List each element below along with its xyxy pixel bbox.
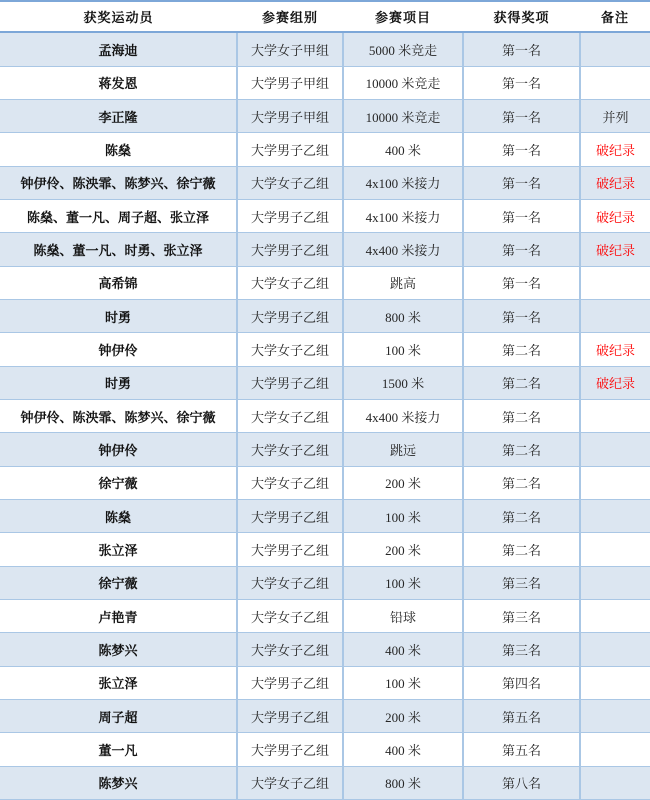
column-header-athletes: 获奖运动员: [0, 1, 237, 32]
cell-athletes: 李正隆: [0, 99, 237, 132]
cell-group: 大学男子甲组: [237, 99, 343, 132]
cell-remark: [580, 699, 650, 732]
cell-group: 大学男子乙组: [237, 366, 343, 399]
column-header-award: 获得奖项: [463, 1, 580, 32]
table-row: 蒋发恩大学男子甲组10000 米竞走第一名: [0, 66, 650, 99]
table-row: 孟海迪大学女子甲组5000 米竞走第一名: [0, 32, 650, 66]
cell-award: 第一名: [463, 66, 580, 99]
cell-group: 大学女子甲组: [237, 32, 343, 66]
table-row: 卢艳青大学女子乙组铅球第三名: [0, 599, 650, 632]
table-row: 时勇大学男子乙组800 米第一名: [0, 299, 650, 332]
cell-event: 4x100 米接力: [343, 166, 463, 199]
table-header: 获奖运动员参赛组别参赛项目获得奖项备注: [0, 1, 650, 32]
table-row: 陈梦兴大学女子乙组800 米第八名: [0, 766, 650, 799]
table-body: 孟海迪大学女子甲组5000 米竞走第一名蒋发恩大学男子甲组10000 米竞走第一…: [0, 32, 650, 800]
cell-award: 第五名: [463, 699, 580, 732]
cell-award: 第一名: [463, 99, 580, 132]
table-row: 陈燊大学男子乙组400 米第一名破纪录: [0, 133, 650, 166]
table-row: 周子超大学男子乙组200 米第五名: [0, 699, 650, 732]
cell-event: 1500 米: [343, 366, 463, 399]
cell-group: 大学男子乙组: [237, 499, 343, 532]
cell-athletes: 钟伊伶: [0, 333, 237, 366]
cell-athletes: 陈燊: [0, 499, 237, 532]
cell-group: 大学女子乙组: [237, 599, 343, 632]
table-row: 钟伊伶、陈泱霏、陈梦兴、徐宁薇大学女子乙组4x400 米接力第二名: [0, 399, 650, 432]
cell-event: 4x400 米接力: [343, 233, 463, 266]
cell-athletes: 孟海迪: [0, 32, 237, 66]
cell-athletes: 钟伊伶: [0, 433, 237, 466]
cell-award: 第一名: [463, 32, 580, 66]
cell-group: 大学女子乙组: [237, 399, 343, 432]
cell-event: 跳远: [343, 433, 463, 466]
table-row: 高希锦大学女子乙组跳高第一名: [0, 266, 650, 299]
cell-remark: 破纪录: [580, 233, 650, 266]
cell-event: 4x100 米接力: [343, 199, 463, 232]
cell-remark: [580, 533, 650, 566]
cell-athletes: 钟伊伶、陈泱霏、陈梦兴、徐宁薇: [0, 166, 237, 199]
table-row: 陈燊、董一凡、时勇、张立泽大学男子乙组4x400 米接力第一名破纪录: [0, 233, 650, 266]
cell-athletes: 陈燊、董一凡、周子超、张立泽: [0, 199, 237, 232]
cell-event: 跳高: [343, 266, 463, 299]
cell-award: 第五名: [463, 733, 580, 766]
cell-group: 大学男子乙组: [237, 199, 343, 232]
cell-remark: [580, 666, 650, 699]
cell-remark: [580, 66, 650, 99]
cell-award: 第一名: [463, 199, 580, 232]
cell-award: 第二名: [463, 466, 580, 499]
cell-remark: 破纪录: [580, 333, 650, 366]
cell-group: 大学女子乙组: [237, 466, 343, 499]
cell-group: 大学女子乙组: [237, 266, 343, 299]
cell-remark: [580, 433, 650, 466]
cell-event: 10000 米竞走: [343, 66, 463, 99]
cell-remark: [580, 399, 650, 432]
cell-group: 大学男子乙组: [237, 299, 343, 332]
cell-remark: [580, 566, 650, 599]
table-row: 徐宁薇大学女子乙组100 米第三名: [0, 566, 650, 599]
cell-athletes: 陈梦兴: [0, 766, 237, 799]
cell-group: 大学女子乙组: [237, 433, 343, 466]
cell-event: 800 米: [343, 766, 463, 799]
cell-event: 200 米: [343, 466, 463, 499]
cell-remark: [580, 633, 650, 666]
cell-athletes: 高希锦: [0, 266, 237, 299]
cell-remark: [580, 299, 650, 332]
cell-award: 第八名: [463, 766, 580, 799]
table-row: 陈梦兴大学女子乙组400 米第三名: [0, 633, 650, 666]
table-row: 时勇大学男子乙组1500 米第二名破纪录: [0, 366, 650, 399]
cell-group: 大学男子乙组: [237, 699, 343, 732]
cell-award: 第三名: [463, 566, 580, 599]
cell-award: 第二名: [463, 499, 580, 532]
cell-event: 5000 米竞走: [343, 32, 463, 66]
table-row: 张立泽大学男子乙组100 米第四名: [0, 666, 650, 699]
cell-event: 4x400 米接力: [343, 399, 463, 432]
cell-remark: [580, 733, 650, 766]
cell-remark: [580, 466, 650, 499]
cell-award: 第一名: [463, 299, 580, 332]
cell-athletes: 卢艳青: [0, 599, 237, 632]
cell-athletes: 徐宁薇: [0, 566, 237, 599]
cell-event: 100 米: [343, 499, 463, 532]
table-row: 钟伊伶大学女子乙组100 米第二名破纪录: [0, 333, 650, 366]
cell-award: 第一名: [463, 166, 580, 199]
cell-remark: [580, 766, 650, 799]
table-row: 钟伊伶大学女子乙组跳远第二名: [0, 433, 650, 466]
cell-event: 200 米: [343, 533, 463, 566]
cell-group: 大学男子乙组: [237, 733, 343, 766]
cell-award: 第四名: [463, 666, 580, 699]
cell-athletes: 周子超: [0, 699, 237, 732]
table-header-row: 获奖运动员参赛组别参赛项目获得奖项备注: [0, 1, 650, 32]
cell-remark: [580, 32, 650, 66]
cell-remark: 破纪录: [580, 166, 650, 199]
cell-award: 第二名: [463, 366, 580, 399]
cell-award: 第三名: [463, 599, 580, 632]
cell-group: 大学男子乙组: [237, 133, 343, 166]
cell-athletes: 陈燊: [0, 133, 237, 166]
cell-event: 800 米: [343, 299, 463, 332]
award-results-table: 获奖运动员参赛组别参赛项目获得奖项备注 孟海迪大学女子甲组5000 米竞走第一名…: [0, 0, 650, 800]
table-row: 徐宁薇大学女子乙组200 米第二名: [0, 466, 650, 499]
table-row: 陈燊大学男子乙组100 米第二名: [0, 499, 650, 532]
cell-award: 第一名: [463, 266, 580, 299]
cell-event: 400 米: [343, 633, 463, 666]
cell-remark: [580, 499, 650, 532]
cell-athletes: 蒋发恩: [0, 66, 237, 99]
cell-group: 大学女子乙组: [237, 633, 343, 666]
cell-event: 100 米: [343, 333, 463, 366]
cell-event: 100 米: [343, 666, 463, 699]
cell-event: 200 米: [343, 699, 463, 732]
column-header-remark: 备注: [580, 1, 650, 32]
cell-remark: 破纪录: [580, 133, 650, 166]
table-row: 陈燊、董一凡、周子超、张立泽大学男子乙组4x100 米接力第一名破纪录: [0, 199, 650, 232]
cell-event: 铅球: [343, 599, 463, 632]
cell-award: 第一名: [463, 233, 580, 266]
cell-group: 大学女子乙组: [237, 333, 343, 366]
table-row: 李正隆大学男子甲组10000 米竞走第一名并列: [0, 99, 650, 132]
cell-athletes: 董一凡: [0, 733, 237, 766]
column-header-group: 参赛组别: [237, 1, 343, 32]
table-row: 张立泽大学男子乙组200 米第二名: [0, 533, 650, 566]
cell-group: 大学女子乙组: [237, 166, 343, 199]
cell-award: 第二名: [463, 399, 580, 432]
cell-award: 第三名: [463, 633, 580, 666]
cell-award: 第二名: [463, 333, 580, 366]
cell-athletes: 张立泽: [0, 666, 237, 699]
cell-award: 第二名: [463, 533, 580, 566]
cell-event: 400 米: [343, 733, 463, 766]
cell-athletes: 钟伊伶、陈泱霏、陈梦兴、徐宁薇: [0, 399, 237, 432]
cell-group: 大学男子乙组: [237, 533, 343, 566]
table-row: 董一凡大学男子乙组400 米第五名: [0, 733, 650, 766]
cell-group: 大学男子乙组: [237, 666, 343, 699]
cell-athletes: 徐宁薇: [0, 466, 237, 499]
cell-athletes: 时勇: [0, 299, 237, 332]
cell-award: 第一名: [463, 133, 580, 166]
cell-event: 100 米: [343, 566, 463, 599]
cell-award: 第二名: [463, 433, 580, 466]
cell-group: 大学女子乙组: [237, 766, 343, 799]
cell-event: 400 米: [343, 133, 463, 166]
award-results-page: 获奖运动员参赛组别参赛项目获得奖项备注 孟海迪大学女子甲组5000 米竞走第一名…: [0, 0, 650, 800]
cell-remark: [580, 599, 650, 632]
cell-remark: 并列: [580, 99, 650, 132]
cell-athletes: 陈梦兴: [0, 633, 237, 666]
cell-remark: 破纪录: [580, 199, 650, 232]
cell-group: 大学男子甲组: [237, 66, 343, 99]
cell-group: 大学男子乙组: [237, 233, 343, 266]
cell-group: 大学女子乙组: [237, 566, 343, 599]
cell-athletes: 张立泽: [0, 533, 237, 566]
cell-remark: [580, 266, 650, 299]
table-row: 钟伊伶、陈泱霏、陈梦兴、徐宁薇大学女子乙组4x100 米接力第一名破纪录: [0, 166, 650, 199]
cell-athletes: 时勇: [0, 366, 237, 399]
cell-athletes: 陈燊、董一凡、时勇、张立泽: [0, 233, 237, 266]
cell-remark: 破纪录: [580, 366, 650, 399]
cell-event: 10000 米竞走: [343, 99, 463, 132]
column-header-event: 参赛项目: [343, 1, 463, 32]
